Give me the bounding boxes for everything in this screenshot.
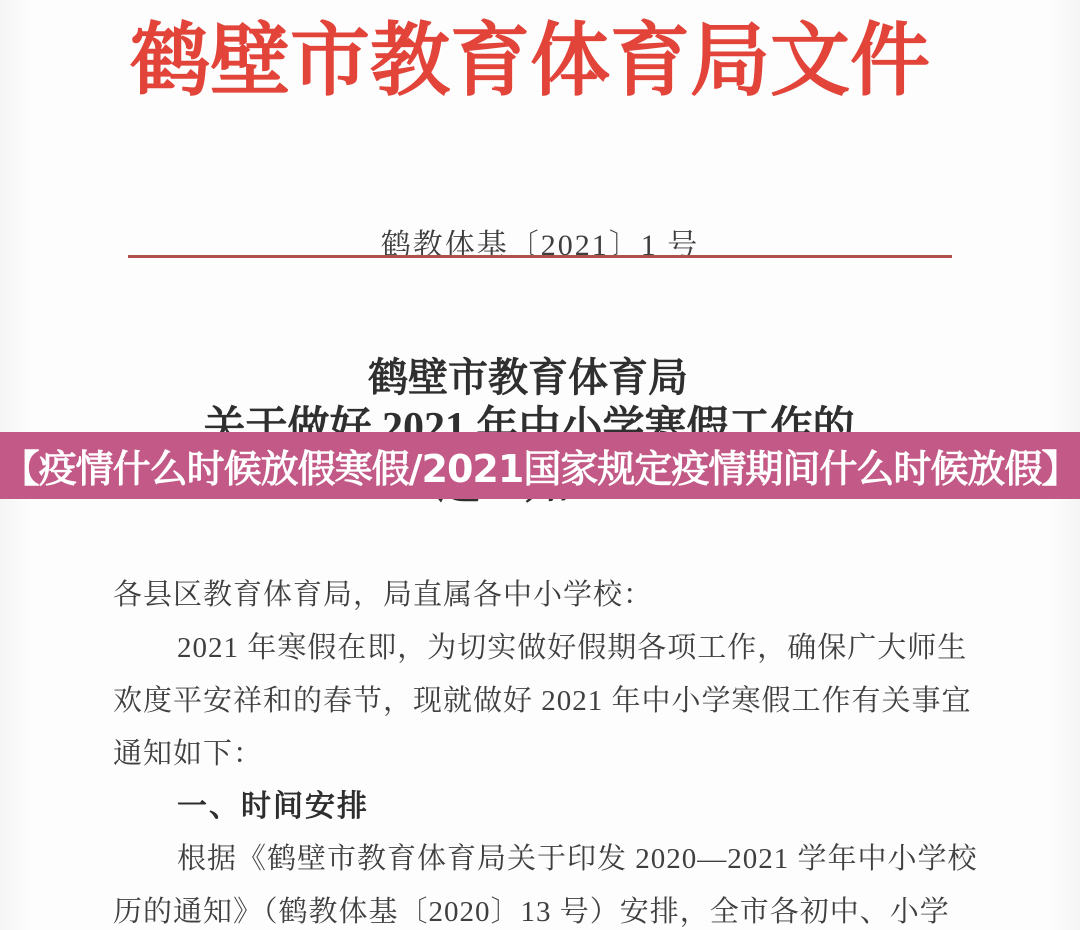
line-salutation: 各县区教育体育局，局直属各中小学校： xyxy=(113,578,653,613)
line-paragraph-5: 历的通知》（鹤教体基〔2020〕13 号）安排，全市各初中、小学 xyxy=(113,895,950,930)
line-paragraph-2: 欢度平安祥和的春节，现就做好 2021 年中小学寒假工作有关事宜 xyxy=(113,684,972,719)
overlay-title-banner: 【疫情什么时候放假寒假/2021国家规定疫情期间什么时候放假】 xyxy=(0,432,1080,499)
line-paragraph-1: 2021 年寒假在即，为切实做好假期各项工作，确保广大师生 xyxy=(177,631,967,666)
line-paragraph-3: 通知如下： xyxy=(113,737,263,772)
line-section-heading-time-arrangement: 一、时间安排 xyxy=(177,789,369,825)
heading-issuing-org: 鹤壁市教育体育局 xyxy=(0,356,1068,400)
overlay-title-text: 【疫情什么时候放假寒假/2021国家规定疫情期间什么时候放假】 xyxy=(2,438,1079,493)
scanned-official-document: 鹤壁市教育体育局文件 鹤教体基〔2021〕1 号 鹤壁市教育体育局 关于做好 2… xyxy=(0,0,1080,930)
letterhead-divider-rule xyxy=(128,255,952,258)
line-paragraph-4: 根据《鹤壁市教育体育局关于印发 2020—2021 学年中小学校 xyxy=(177,842,978,877)
letterhead-agency-title: 鹤壁市教育体育局文件 xyxy=(0,16,1070,108)
